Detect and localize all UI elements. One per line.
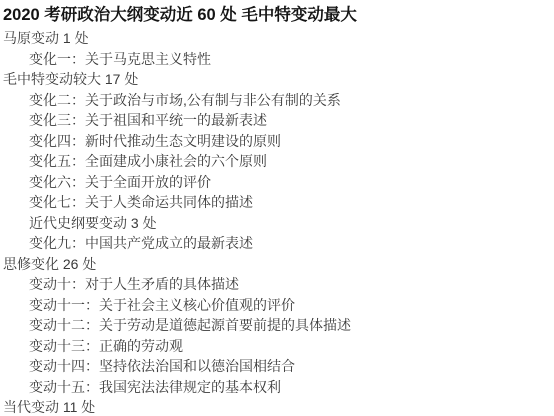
change-item-line: 变化五：全面建成小康社会的六个原则: [3, 151, 550, 172]
section-heading-line: 当代变动 11 处: [3, 397, 550, 416]
document-page: 2020 考研政治大纲变动近 60 处 毛中特变动最大 马原变动 1 处变化一：…: [0, 0, 554, 416]
change-item-line: 变化一：关于马克思主义特性: [3, 49, 550, 70]
change-item-line: 近代史纲要变动 3 处: [3, 213, 550, 234]
change-item-line: 变动十三：正确的劳动观: [3, 336, 550, 357]
page-title: 2020 考研政治大纲变动近 60 处 毛中特变动最大: [3, 3, 550, 28]
section-heading-line: 思修变化 26 处: [3, 254, 550, 275]
change-item-line: 变化四：新时代推动生态文明建设的原则: [3, 131, 550, 152]
change-item-line: 变动十四：坚持依法治国和以德治国相结合: [3, 356, 550, 377]
document-body: 马原变动 1 处变化一：关于马克思主义特性毛中特变动较大 17 处变化二：关于政…: [3, 28, 550, 416]
change-item-line: 变动十：对于人生矛盾的具体描述: [3, 274, 550, 295]
change-item-line: 变化二：关于政治与市场,公有制与非公有制的关系: [3, 90, 550, 111]
section-heading-line: 马原变动 1 处: [3, 28, 550, 49]
section-heading-line: 毛中特变动较大 17 处: [3, 69, 550, 90]
change-item-line: 变化九：中国共产党成立的最新表述: [3, 233, 550, 254]
change-item-line: 变动十二：关于劳动是道德起源首要前提的具体描述: [3, 315, 550, 336]
change-item-line: 变化六：关于全面开放的评价: [3, 172, 550, 193]
change-item-line: 变化三：关于祖国和平统一的最新表述: [3, 110, 550, 131]
change-item-line: 变动十五：我国宪法法律规定的基本权利: [3, 377, 550, 398]
change-item-line: 变动十一：关于社会主义核心价值观的评价: [3, 295, 550, 316]
change-item-line: 变化七：关于人类命运共同体的描述: [3, 192, 550, 213]
